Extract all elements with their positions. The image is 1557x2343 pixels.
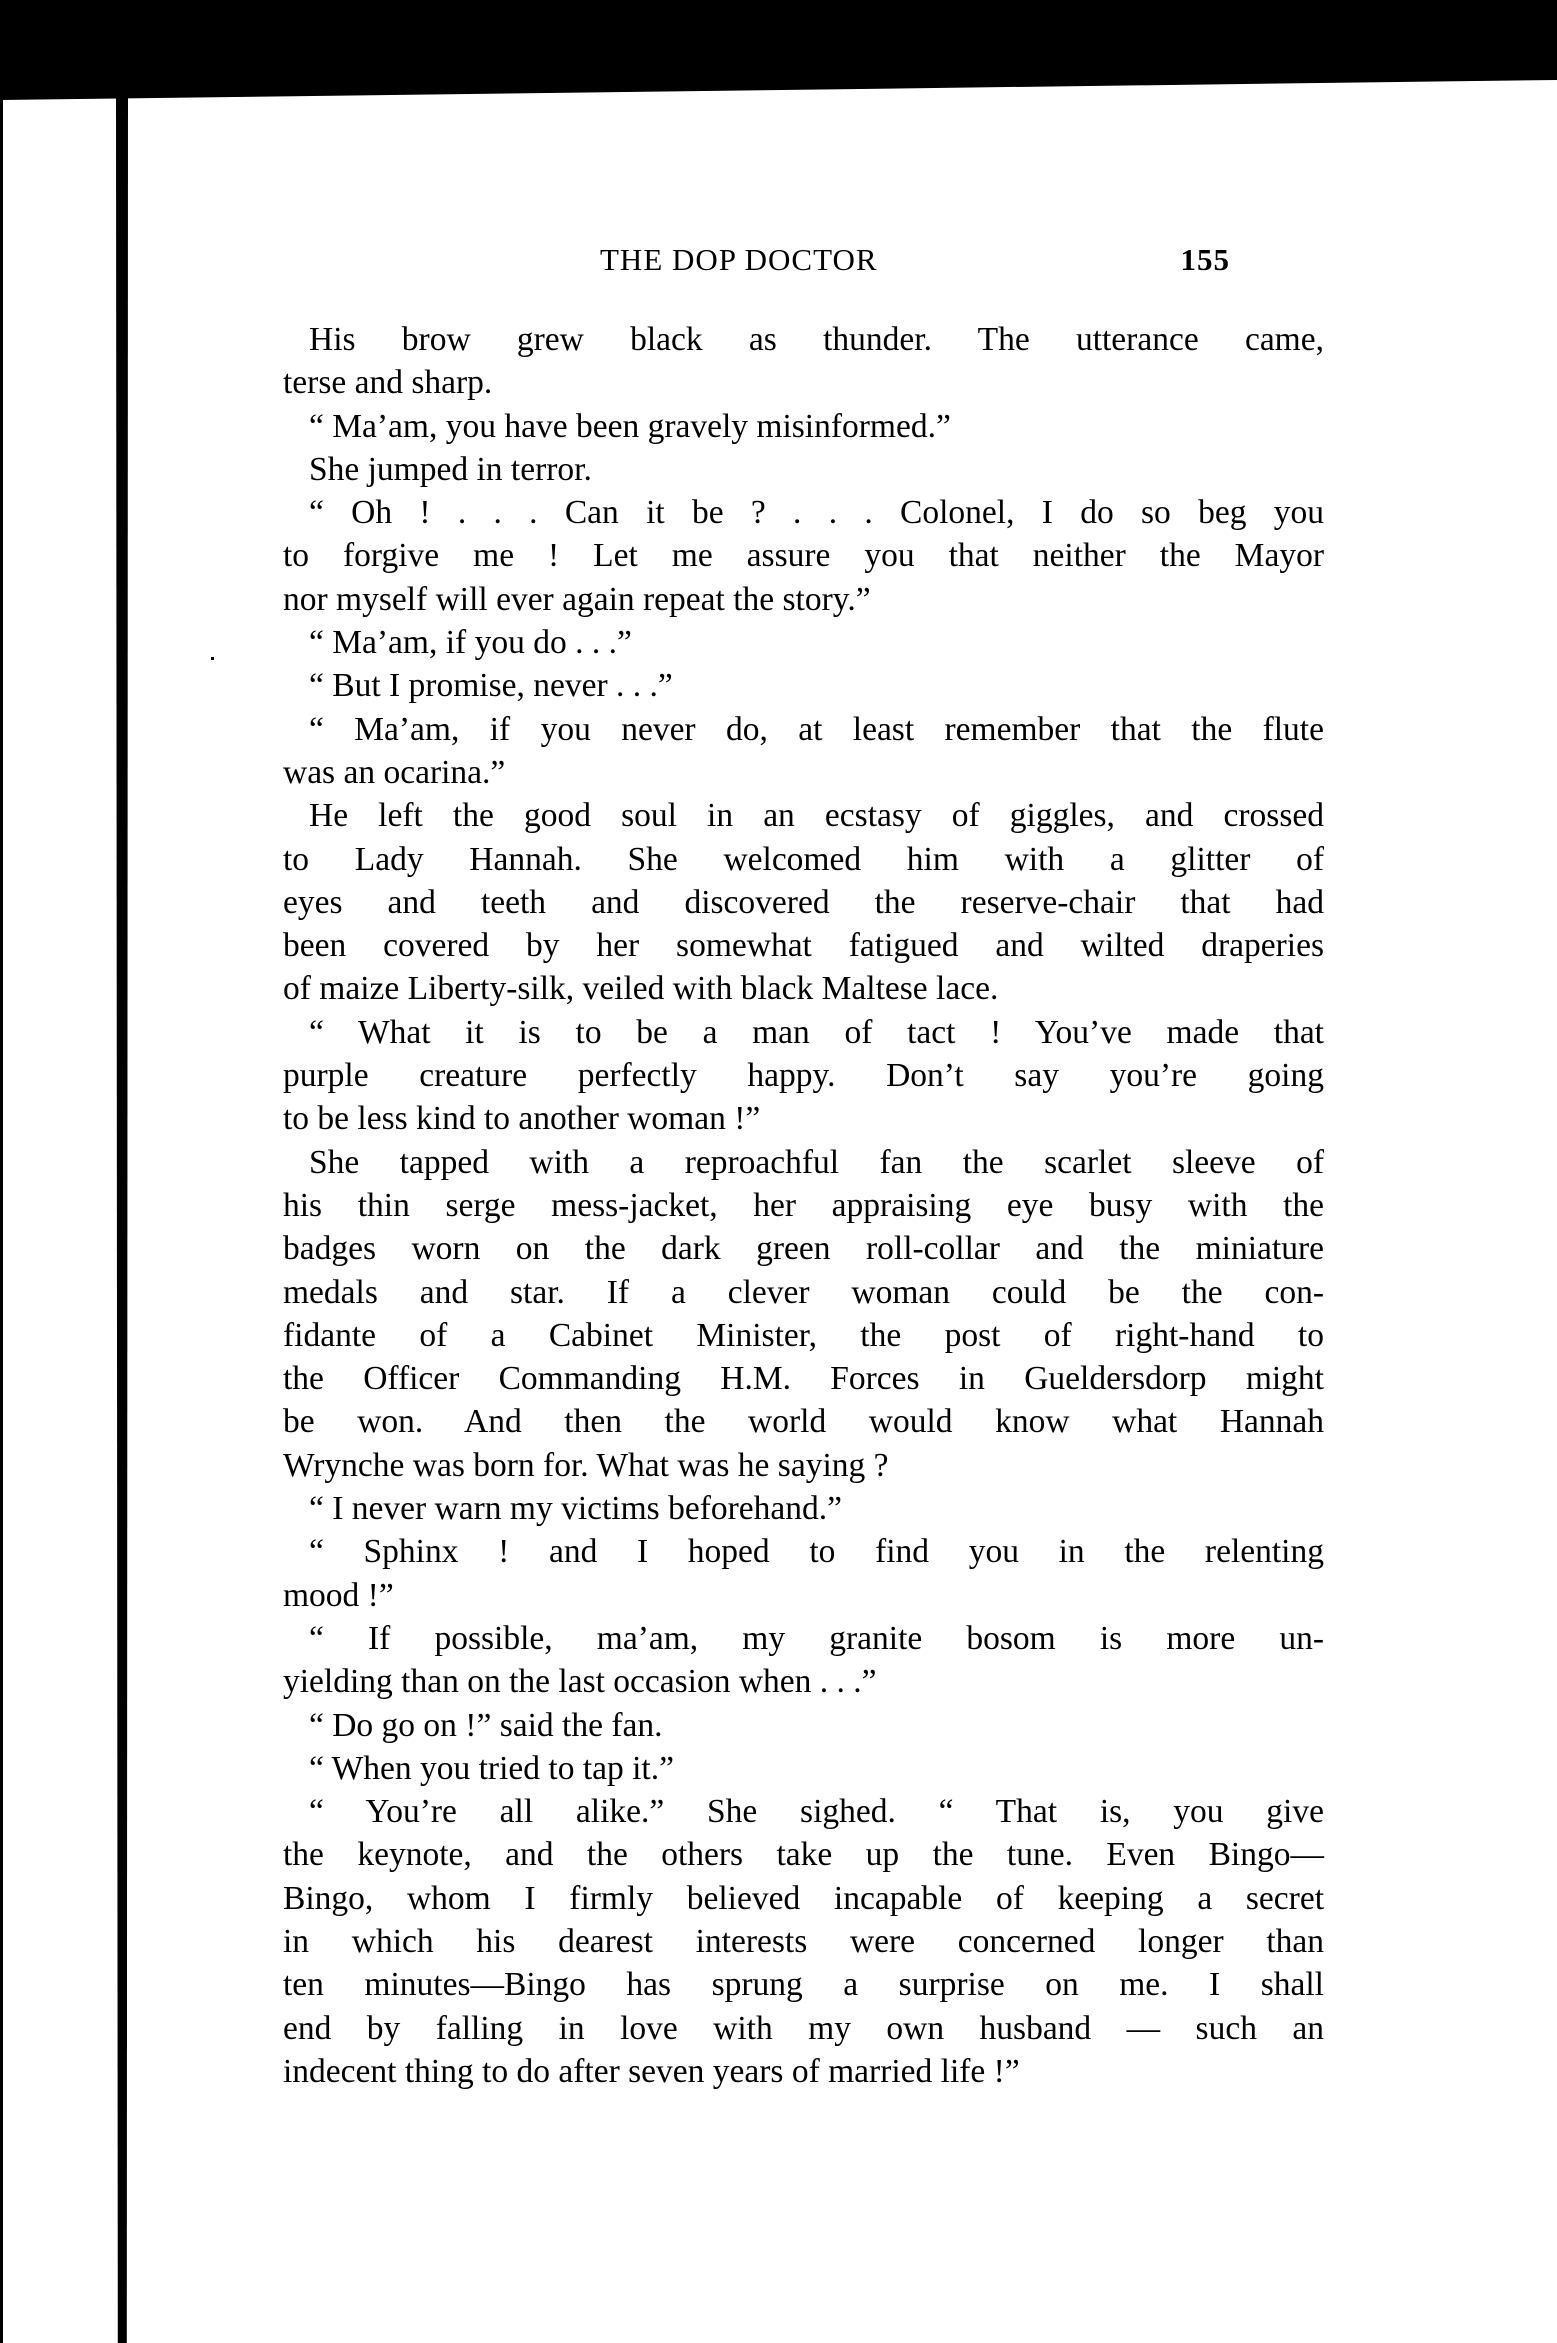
book-gutter-shadow [116,98,128,2343]
text-line: “ Do go on !” said the fan. [283,1704,1324,1747]
text-line: He left the good soul in an ecstasy of g… [283,794,1324,837]
text-line: mood !” [283,1574,1324,1617]
text-line: end by falling in love with my own husba… [283,2007,1324,2050]
text-line: was an ocarina.” [283,751,1324,794]
scan-speck [211,657,214,660]
text-line: “ Sphinx ! and I hoped to find you in th… [283,1530,1324,1573]
body-text: His brow grew black as thunder. The utte… [283,318,1324,2093]
text-line: nor myself will ever again repeat the st… [283,578,1324,621]
text-line: “ Ma’am, if you never do, at least remem… [283,708,1324,751]
text-line: ten minutes—Bingo has sprung a surprise … [283,1963,1324,2006]
text-line: His brow grew black as thunder. The utte… [283,318,1324,361]
text-line: his thin serge mess-jacket, her appraisi… [283,1184,1324,1227]
text-line: “ If possible, ma’am, my granite bosom i… [283,1617,1324,1660]
text-line: fidante of a Cabinet Minister, the post … [283,1314,1324,1357]
text-line: in which his dearest interests were conc… [283,1920,1324,1963]
text-line: “ But I promise, never . . .” [283,664,1324,707]
text-line: the keynote, and the others take up the … [283,1833,1324,1876]
text-line: Bingo, whom I firmly believed incapable … [283,1877,1324,1920]
text-line: purple creature perfectly happy. Don’t s… [283,1054,1324,1097]
text-line: be won. And then the world would know wh… [283,1400,1324,1443]
text-line: been covered by her somewhat fatigued an… [283,924,1324,967]
text-line: to forgive me ! Let me assure you that n… [283,534,1324,577]
text-line: to Lady Hannah. She welcomed him with a … [283,838,1324,881]
text-line: “ Ma’am, you have been gravely misinform… [283,405,1324,448]
text-line: of maize Liberty-silk, veiled with black… [283,967,1324,1010]
text-line: “ When you tried to tap it.” [283,1747,1324,1790]
text-line: terse and sharp. [283,361,1324,404]
text-line: “ Oh ! . . . Can it be ? . . . Colonel, … [283,491,1324,534]
page-number: 155 [1181,242,1231,278]
scan-top-border [0,0,1557,100]
text-line: to be less kind to another woman !” [283,1097,1324,1140]
running-head-title: THE DOP DOCTOR [600,242,878,278]
running-head: THE DOP DOCTOR 155 [600,242,1230,276]
text-line: yielding than on the last occasion when … [283,1660,1324,1703]
text-line: “ What it is to be a man of tact ! You’v… [283,1011,1324,1054]
text-line: “ You’re all alike.” She sighed. “ That … [283,1790,1324,1833]
scan-left-edge [0,98,3,2343]
text-line: She jumped in terror. [283,448,1324,491]
text-line: the Officer Commanding H.M. Forces in Gu… [283,1357,1324,1400]
text-line: eyes and teeth and discovered the reserv… [283,881,1324,924]
text-line: medals and star. If a clever woman could… [283,1271,1324,1314]
text-line: indecent thing to do after seven years o… [283,2050,1324,2093]
text-line: “ I never warn my victims beforehand.” [283,1487,1324,1530]
text-line: badges worn on the dark green roll-colla… [283,1227,1324,1270]
text-line: She tapped with a reproachful fan the sc… [283,1141,1324,1184]
text-line: Wrynche was born for. What was he saying… [283,1444,1324,1487]
text-line: “ Ma’am, if you do . . .” [283,621,1324,664]
